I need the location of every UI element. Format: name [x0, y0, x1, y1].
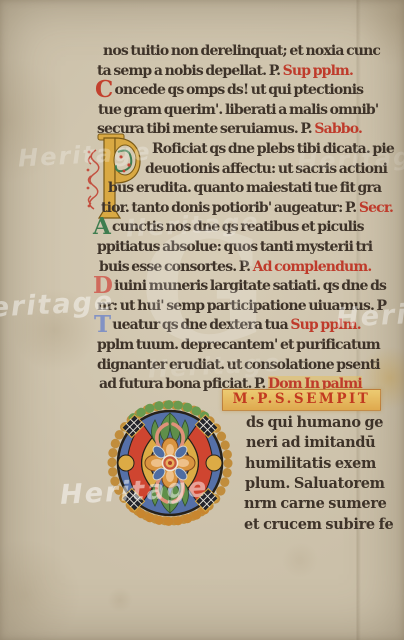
text-segment: tior. tanto donis potiorib' augeatur: P. — [101, 200, 359, 216]
decorated-initial: C — [95, 76, 112, 103]
text-segment: Sup pplm. — [290, 317, 360, 333]
text-segment: bus erudita. quanto maiestati tue fit gr… — [108, 180, 381, 196]
text-segment: secura tibi mente seruiamus. P. — [97, 121, 314, 137]
text-segment: Sabbo. — [314, 121, 362, 137]
text-segment: Sup pplm. — [283, 63, 353, 79]
text-line: nos tuitio non derelinquat; et noxia cun… — [103, 43, 380, 59]
incipit-band: M·P.S.SEMPIT — [222, 389, 381, 411]
text-line: ppitiatus absolue: quos tanti mysterii t… — [97, 239, 372, 255]
text-line: Roficiat qs dne plebs tibi dicata. pie — [152, 141, 394, 157]
text-segment: pplm tuum. deprecantem' et purificatum — [97, 337, 380, 353]
text-segment: Roficiat qs dne plebs tibi dicata. pie — [152, 141, 394, 157]
text-line: dignanter erudiat. ut consolatione psent… — [97, 357, 380, 373]
text-segment: cunctis nos dne qs reatibus et piculis — [112, 219, 364, 235]
text-line: pplm tuum. deprecantem' et purificatum — [97, 337, 380, 353]
text-segment: oncede qs omps ds! ut qui ptectionis — [114, 82, 363, 98]
text-segment: ppitiatus absolue: quos tanti mysterii t… — [97, 239, 372, 255]
decorated-initial: T — [94, 311, 110, 338]
text-line: Concede qs omps ds! ut qui ptectionis — [95, 82, 363, 98]
text-segment: nos tuitio non derelinquat; et noxia cun… — [103, 43, 380, 59]
text-line: humilitatis exem — [245, 455, 376, 472]
text-line: plum. Saluatorem — [245, 475, 385, 492]
text-segment: deuotionis affectu: ut sacris actioni — [145, 161, 387, 177]
incipit-text: M·P.S.SEMPIT — [233, 391, 371, 407]
text-segment: plum. Saluatorem — [245, 475, 385, 492]
decorated-initial: A — [93, 213, 110, 240]
text-line: neri ad imitandū — [246, 434, 375, 451]
text-line: et crucem subire fe — [244, 516, 393, 533]
text-line: ta semp a nobis depellat. P. Sup pplm. — [97, 63, 353, 79]
text-line: deuotionis affectu: ut sacris actioni — [145, 161, 387, 177]
text-line: Tueatur qs dne dextera tua Sup pplm. — [94, 317, 361, 333]
text-segment: neri ad imitandū — [246, 434, 375, 451]
text-segment: dignanter erudiat. ut consolatione psent… — [97, 357, 380, 373]
text-line: nrm carne sumere — [244, 495, 387, 512]
text-segment: ta semp a nobis depellat. P. — [97, 63, 283, 79]
text-line: Diuini muneris largitate satiati. qs dne… — [93, 278, 386, 294]
manuscript-page: nos tuitio non derelinquat; et noxia cun… — [0, 0, 404, 640]
text-segment: ds qui humano ge — [246, 414, 383, 431]
text-segment: iuini muneris largitate satiati. qs dne … — [114, 278, 386, 294]
text-segment: humilitatis exem — [245, 455, 376, 472]
text-segment: buis esse consortes. P. — [99, 259, 253, 275]
text-line: buis esse consortes. P. Ad complendum. — [99, 259, 371, 275]
text-segment: Ad complendum. — [253, 259, 372, 275]
text-segment: Secr. — [359, 200, 393, 216]
text-line: secura tibi mente seruiamus. P. Sabbo. — [97, 121, 362, 137]
text-segment: nr: ut hui' semp participatione uiuamus.… — [97, 298, 386, 314]
text-segment: et crucem subire fe — [244, 516, 393, 533]
text-line: bus erudita. quanto maiestati tue fit gr… — [108, 180, 381, 196]
text-line: tue gram querim'. liberati a malis omnib… — [98, 102, 378, 118]
text-line: nr: ut hui' semp participatione uiuamus.… — [97, 298, 386, 314]
illuminated-o-medallion — [97, 398, 243, 530]
text-line: ds qui humano ge — [246, 414, 383, 431]
text-segment: nrm carne sumere — [244, 495, 387, 512]
text-line: Acunctis nos dne qs reatibus et piculis — [93, 219, 364, 235]
text-segment: ueatur qs dne dextera tua — [112, 317, 290, 333]
decorated-initial: D — [93, 272, 112, 299]
text-line: tior. tanto donis potiorib' augeatur: P.… — [101, 200, 393, 216]
text-segment: tue gram querim'. liberati a malis omnib… — [98, 102, 378, 118]
